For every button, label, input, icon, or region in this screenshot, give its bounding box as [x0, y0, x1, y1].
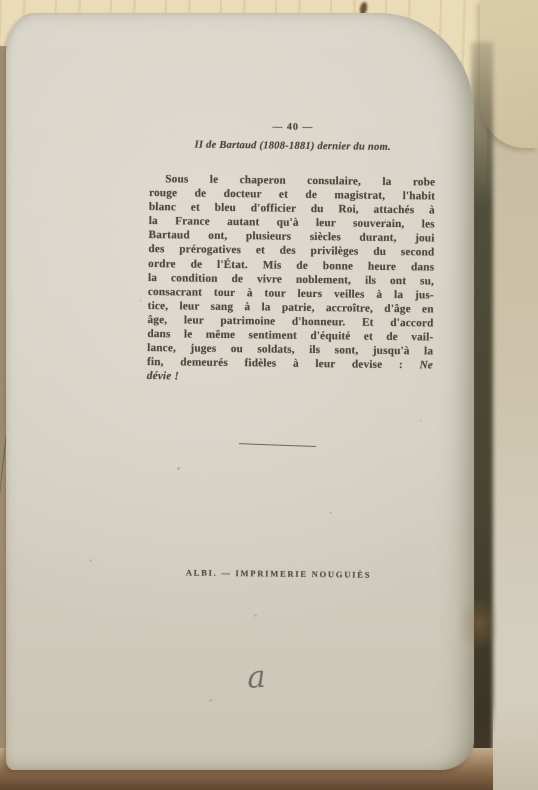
chapter-heading: II de Bartaud (1808-1881) dernier du nom… — [150, 139, 436, 153]
book-photo: — 40 — II de Bartaud (1808-1881) dernier… — [0, 0, 538, 790]
foxing-stain — [450, 585, 508, 663]
handwritten-mark: a — [246, 659, 267, 696]
gutter-shadow — [471, 42, 493, 790]
foxing-specks — [0, 0, 1, 1]
body-paragraph: Sous le chaperon consulaire, la robe rou… — [147, 172, 436, 387]
devise-start: Ne — [419, 360, 433, 372]
page-number: — 40 — — [150, 120, 436, 134]
section-divider-rule — [239, 443, 316, 447]
printer-imprint: ALBI. — IMPRIMERIE NOUGUIÈS — [138, 567, 418, 580]
bottom-right-page — [493, 700, 538, 790]
printed-content: — 40 — II de Bartaud (1808-1881) dernier… — [143, 118, 436, 721]
paragraph-line-text: fin, demeurés fidèles à leur devise : — [147, 356, 420, 371]
